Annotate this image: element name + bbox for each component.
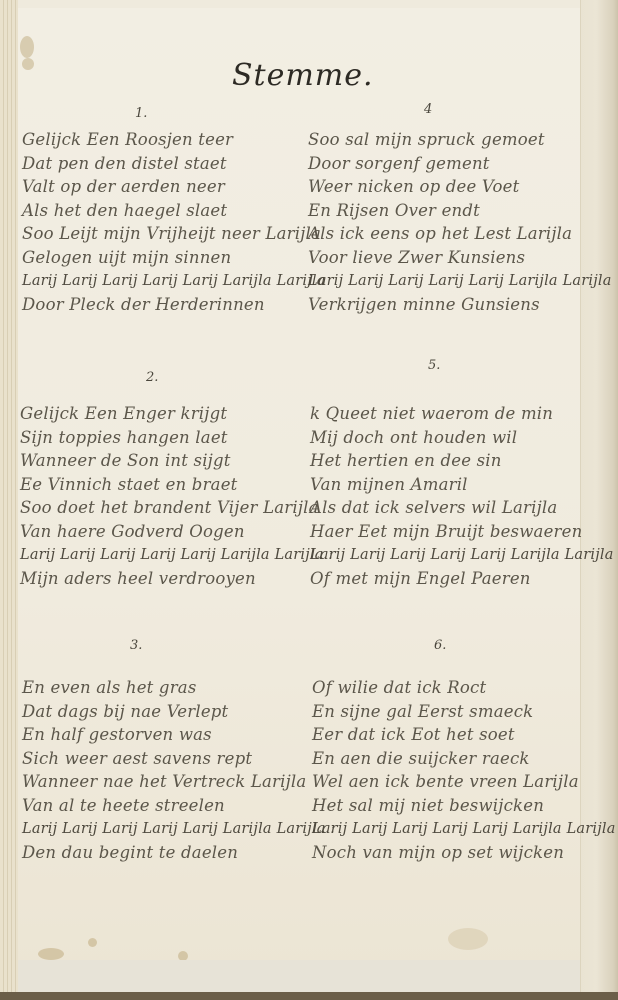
verse-line: Het hertien en dee sin [310, 449, 600, 473]
stanza-number: 3. [130, 638, 142, 653]
stanza-3: En even als het gras Dat dags bij nae Ve… [22, 676, 312, 865]
manuscript-page: Stemme. 1. Gelijck Een Roosjen teer Dat … [0, 0, 618, 1000]
foxing-stain [22, 58, 34, 70]
page-title: Stemme. [232, 58, 374, 93]
stanza-5: k Queet niet waerom de min Mij doch ont … [310, 402, 600, 591]
verse-line: Van mijnen Amaril [310, 473, 600, 497]
stanza-6: Of wilie dat ick Roct En sijne gal Eerst… [312, 676, 602, 865]
verse-line: Mijn aders heel verdrooyen [20, 567, 310, 591]
foxing-stain [38, 948, 64, 960]
verse-line: Door Pleck der Herderinnen [22, 293, 312, 317]
verse-line: Dat pen den distel staet [22, 152, 312, 176]
foxing-stain [20, 36, 34, 58]
refrain-line: Larij Larij Larij Larij Larij Larijla La… [22, 818, 312, 842]
refrain-line: Larij Larij Larij Larij Larij Larijla La… [312, 818, 602, 842]
stanza-2: Gelijck Een Enger krijgt Sijn toppies ha… [20, 402, 310, 591]
stanza-1: Gelijck Een Roosjen teer Dat pen den dis… [22, 128, 312, 317]
verse-line: Soo Leijt mijn Vrijheijt neer Larijla [22, 222, 312, 246]
stanza-number: 6. [434, 638, 446, 653]
verse-line: Als het den haegel slaet [22, 199, 312, 223]
verse-line: Of wilie dat ick Roct [312, 676, 602, 700]
verse-line: Als ick eens op het Lest Larijla [308, 222, 598, 246]
verse-line: Soo sal mijn spruck gemoet [308, 128, 598, 152]
stanza-number: 4 [424, 102, 432, 117]
verse-line: Sijn toppies hangen laet [20, 426, 310, 450]
verse-line: Weer nicken op dee Voet [308, 175, 598, 199]
verse-line: Voor lieve Zwer Kunsiens [308, 246, 598, 270]
refrain-line: Larij Larij Larij Larij Larij Larijla La… [22, 270, 312, 294]
verse-line: Wanneer nae het Vertreck Larijla [22, 770, 312, 794]
verse-line: En Rijsen Over endt [308, 199, 598, 223]
verse-line: Gelijck Een Enger krijgt [20, 402, 310, 426]
verse-line: En aen die suijcker raeck [312, 747, 602, 771]
stanza-number: 1. [135, 106, 147, 121]
verse-line: Ee Vinnich staet en braet [20, 473, 310, 497]
verse-line: Sich weer aest savens rept [22, 747, 312, 771]
verse-line: Verkrijgen minne Gunsiens [308, 293, 598, 317]
stanza-4: Soo sal mijn spruck gemoet Door sorgenf … [308, 128, 598, 317]
refrain-line: Larij Larij Larij Larij Larij Larijla La… [308, 270, 598, 294]
verse-line: Of met mijn Engel Paeren [310, 567, 600, 591]
verse-line: Valt op der aerden neer [22, 175, 312, 199]
verse-line: En even als het gras [22, 676, 312, 700]
foxing-stain [88, 938, 97, 947]
verse-line: Dat dags bij nae Verlept [22, 700, 312, 724]
book-binding [0, 0, 18, 1000]
verse-line: k Queet niet waerom de min [310, 402, 600, 426]
verse-line: Eer dat ick Eot het soet [312, 723, 602, 747]
foxing-stain [448, 928, 488, 950]
verse-line: Gelijck Een Roosjen teer [22, 128, 312, 152]
verse-line: Gelogen uijt mijn sinnen [22, 246, 312, 270]
refrain-line: Larij Larij Larij Larij Larij Larijla La… [310, 544, 600, 568]
verse-line: En half gestorven was [22, 723, 312, 747]
refrain-line: Larij Larij Larij Larij Larij Larijla La… [20, 544, 310, 568]
stanza-number: 5. [428, 358, 440, 373]
verse-line: Van haere Godverd Oogen [20, 520, 310, 544]
verse-line: En sijne gal Eerst smaeck [312, 700, 602, 724]
verse-line: Het sal mij niet beswijcken [312, 794, 602, 818]
verse-line: Soo doet het brandent Vijer Larijla [20, 496, 310, 520]
verse-line: Wel aen ick bente vreen Larijla [312, 770, 602, 794]
verse-line: Haer Eet mijn Bruijt beswaeren [310, 520, 600, 544]
verse-line: Door sorgenf gement [308, 152, 598, 176]
table-surface [0, 992, 618, 1000]
verse-line: Den dau begint te daelen [22, 841, 312, 865]
verse-line: Van al te heete streelen [22, 794, 312, 818]
verse-line: Wanneer de Son int sijgt [20, 449, 310, 473]
verse-line: Als dat ick selvers wil Larijla [310, 496, 600, 520]
verse-line: Mij doch ont houden wil [310, 426, 600, 450]
page-bottom-edge [18, 960, 580, 992]
stanza-number: 2. [146, 370, 158, 385]
verse-line: Noch van mijn op set wijcken [312, 841, 602, 865]
